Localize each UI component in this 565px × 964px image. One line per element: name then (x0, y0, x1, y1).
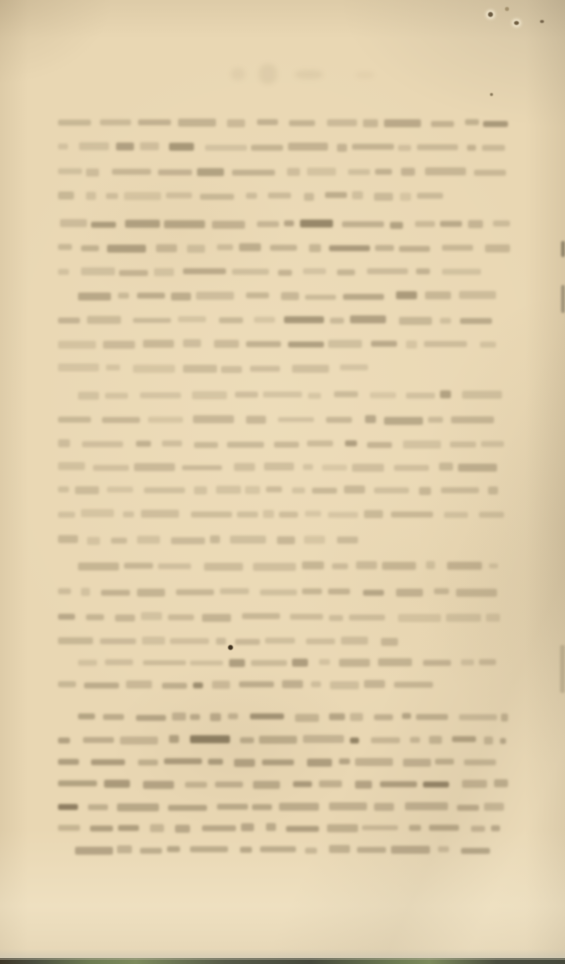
word-smudge (246, 416, 266, 424)
word-smudge (75, 846, 113, 855)
word-smudge (328, 340, 363, 348)
word-smudge (400, 193, 410, 201)
word-smudge (58, 462, 85, 470)
word-smudge (235, 639, 259, 645)
word-smudge (182, 465, 221, 470)
word-smudge (483, 121, 508, 128)
word-smudge (464, 759, 496, 766)
word-smudge (446, 614, 480, 621)
word-smudge (169, 735, 179, 743)
word-smudge (86, 614, 104, 620)
page-edge-mark (561, 241, 565, 257)
word-smudge (399, 246, 430, 252)
word-smudge (196, 292, 234, 300)
word-smudge (138, 759, 159, 765)
word-smudge (308, 393, 321, 399)
word-smudge (251, 145, 282, 151)
word-smudge (93, 465, 129, 471)
word-smudge (78, 392, 99, 400)
text-line (58, 484, 498, 496)
word-smudge (137, 293, 165, 298)
word-smudge (329, 803, 366, 810)
word-smudge (415, 221, 435, 227)
word-smudge (295, 714, 319, 721)
text-line (58, 756, 510, 768)
word-smudge (171, 537, 206, 544)
word-smudge (367, 442, 393, 448)
word-smudge (126, 681, 152, 689)
word-smudge (124, 192, 161, 199)
word-smudge (416, 714, 448, 720)
word-smudge (406, 393, 435, 399)
word-smudge (104, 780, 130, 788)
word-smudge (319, 780, 342, 787)
word-smudge (288, 143, 328, 151)
word-smudge (78, 713, 95, 720)
word-smudge (289, 120, 314, 127)
word-smudge (242, 613, 280, 619)
word-smudge (292, 659, 309, 667)
word-smudge (441, 487, 479, 494)
word-smudge (481, 441, 504, 447)
word-smudge (101, 590, 130, 596)
word-smudge (58, 168, 82, 175)
word-smudge (90, 826, 113, 832)
word-smudge (105, 660, 133, 665)
word-smudge (288, 342, 323, 348)
word-smudge (220, 588, 249, 594)
word-smudge (58, 364, 99, 372)
word-smudge (384, 417, 423, 425)
scan-bed-shadow (0, 949, 565, 958)
word-smudge (168, 615, 195, 620)
word-smudge (398, 614, 441, 622)
page-edge-mark (561, 285, 565, 313)
word-smudge (279, 512, 298, 517)
word-smudge (491, 825, 500, 831)
word-smudge (239, 681, 274, 688)
dust-speck (488, 12, 493, 17)
page-edge-mark (560, 645, 565, 693)
page-number-smudge-mark (356, 72, 374, 78)
text-line (58, 778, 508, 790)
word-smudge (253, 563, 296, 570)
word-smudge (394, 465, 429, 470)
word-smudge (119, 270, 148, 277)
word-smudge (312, 488, 338, 493)
page-number-smudge-mark (259, 64, 277, 84)
word-smudge (156, 245, 178, 253)
word-smudge (402, 713, 411, 719)
word-smudge (215, 782, 243, 787)
word-smudge (193, 416, 233, 423)
word-smudge (154, 268, 174, 277)
word-smudge (391, 511, 433, 518)
word-smudge (309, 244, 321, 251)
word-smudge (260, 846, 296, 852)
word-smudge (58, 738, 70, 744)
text-line (58, 242, 510, 254)
word-smudge (229, 659, 245, 667)
word-smudge (479, 511, 504, 518)
word-smudge (250, 713, 284, 720)
page-number-smudge-mark (295, 70, 323, 79)
word-smudge (403, 440, 441, 448)
word-smudge (307, 168, 336, 176)
word-smudge (230, 536, 267, 544)
word-smudge (118, 292, 130, 298)
word-smudge (100, 638, 136, 644)
word-smudge (86, 192, 96, 200)
word-smudge (212, 681, 230, 689)
word-smudge (374, 714, 392, 720)
word-smudge (240, 737, 254, 743)
word-smudge (352, 144, 394, 151)
word-smudge (227, 119, 245, 127)
word-smudge (164, 758, 202, 764)
word-smudge (429, 825, 459, 831)
word-smudge (257, 221, 279, 228)
word-smudge (371, 737, 400, 743)
word-smudge (401, 168, 415, 176)
word-smudge (456, 589, 497, 597)
word-smudge (330, 318, 344, 323)
word-smudge (192, 392, 227, 399)
word-smudge (417, 193, 442, 199)
word-smudge (123, 511, 134, 517)
word-smudge (194, 442, 218, 447)
word-smudge (142, 636, 166, 644)
word-smudge (100, 120, 130, 125)
word-smudge (84, 682, 119, 689)
word-smudge (484, 736, 494, 744)
word-smudge (344, 486, 365, 493)
word-smudge (58, 759, 79, 765)
word-smudge (185, 782, 208, 789)
word-smudge (484, 802, 504, 810)
word-smudge (202, 825, 236, 831)
word-smudge (480, 341, 497, 348)
word-smudge (263, 392, 302, 398)
word-smudge (107, 487, 133, 492)
word-smudge (58, 191, 74, 199)
word-smudge (362, 825, 398, 830)
word-smudge (58, 825, 80, 830)
word-smudge (342, 221, 385, 227)
text-line (58, 414, 508, 426)
word-smudge (488, 486, 498, 494)
word-smudge (88, 804, 109, 810)
word-smudge (423, 660, 451, 667)
word-smudge (284, 221, 294, 227)
word-smudge (78, 659, 97, 666)
word-smudge (440, 318, 451, 323)
word-smudge (375, 245, 394, 251)
word-smudge (500, 738, 506, 745)
word-smudge (350, 713, 364, 721)
word-smudge (450, 442, 477, 448)
word-smudge (120, 737, 158, 744)
word-smudge (425, 292, 451, 299)
word-smudge (202, 614, 231, 622)
word-smudge (467, 144, 476, 151)
word-smudge (419, 487, 431, 494)
word-smudge (365, 415, 377, 423)
word-smudge (378, 658, 412, 666)
word-smudge (81, 267, 115, 275)
word-smudge (78, 563, 119, 570)
word-smudge (451, 416, 494, 423)
word-smudge (461, 848, 490, 854)
word-smudge (187, 245, 205, 253)
word-smudge (311, 681, 321, 687)
word-smudge (58, 341, 96, 349)
word-smudge (367, 268, 409, 274)
word-smudge (442, 268, 481, 275)
word-smudge (134, 463, 176, 471)
word-smudge (268, 192, 291, 198)
scanned-page (0, 0, 565, 964)
word-smudge (253, 781, 280, 788)
word-smudge (168, 805, 207, 811)
word-smudge (143, 660, 186, 665)
word-smudge (409, 825, 421, 831)
word-smudge (58, 144, 68, 150)
word-smudge (306, 638, 335, 644)
word-smudge (489, 563, 498, 568)
word-smudge (133, 364, 174, 372)
word-smudge (245, 486, 259, 494)
word-smudge (444, 512, 468, 518)
word-smudge (431, 121, 454, 127)
dust-speck (540, 20, 544, 23)
text-line (58, 679, 438, 691)
word-smudge (150, 824, 164, 832)
word-smudge (246, 292, 268, 299)
word-smudge (216, 486, 241, 493)
word-smudge (339, 659, 370, 667)
word-smudge (329, 713, 345, 720)
word-smudge (405, 803, 448, 810)
word-smudge (264, 463, 295, 471)
scan-bed-edge (0, 958, 565, 964)
word-smudge (442, 245, 472, 250)
word-smudge (137, 588, 165, 596)
word-smudge (374, 803, 394, 811)
word-smudge (394, 682, 433, 688)
word-smudge (158, 170, 191, 176)
word-smudge (270, 245, 297, 252)
word-smudge (190, 846, 227, 853)
word-smudge (287, 168, 300, 176)
word-smudge (183, 340, 201, 347)
word-smudge (210, 535, 220, 543)
word-smudge (462, 780, 487, 787)
word-smudge (217, 803, 247, 810)
word-smudge (381, 638, 398, 647)
word-smudge (204, 563, 243, 571)
word-smudge (228, 713, 238, 720)
word-smudge (328, 588, 350, 594)
word-smudge (327, 825, 358, 832)
word-smudge (457, 805, 478, 811)
word-smudge (91, 221, 116, 228)
word-smudge (175, 825, 190, 832)
word-smudge (118, 825, 139, 830)
word-smudge (350, 737, 359, 743)
word-smudge (339, 758, 350, 765)
word-smudge (86, 169, 99, 177)
word-smudge (190, 714, 200, 721)
word-smudge (416, 269, 429, 274)
word-smudge (332, 563, 348, 570)
ink-dot (228, 645, 233, 650)
text-line (78, 389, 508, 401)
word-smudge (325, 192, 347, 198)
word-smudge (208, 759, 224, 764)
word-smudge (290, 614, 323, 620)
word-smudge (305, 848, 317, 854)
word-smudge (91, 759, 125, 766)
word-smudge (103, 341, 135, 349)
word-smudge (75, 487, 99, 494)
text-line (58, 117, 508, 129)
word-smudge (58, 588, 71, 594)
text-line (58, 362, 368, 374)
word-smudge (58, 119, 91, 125)
word-smudge (327, 119, 357, 126)
word-smudge (194, 487, 207, 494)
word-smudge (166, 193, 192, 199)
word-smudge (260, 589, 297, 595)
word-smudge (326, 417, 352, 422)
text-line (78, 290, 508, 302)
word-smudge (111, 537, 127, 544)
word-smudge (266, 823, 276, 831)
word-smudge (117, 845, 132, 853)
word-smudge (284, 316, 324, 323)
word-smudge (246, 193, 257, 199)
word-smudge (58, 637, 93, 644)
word-smudge (494, 779, 508, 787)
word-smudge (169, 143, 195, 151)
word-smudge (219, 317, 244, 323)
word-smudge (183, 364, 217, 372)
text-line (75, 844, 490, 856)
word-smudge (105, 393, 129, 399)
word-smudge (58, 681, 76, 687)
word-smudge (370, 392, 396, 399)
word-smudge (193, 682, 203, 689)
word-smudge (162, 441, 181, 447)
word-smudge (278, 270, 292, 276)
word-smudge (210, 713, 221, 721)
word-smudge (417, 144, 459, 150)
word-smudge (403, 759, 431, 766)
word-smudge (240, 847, 252, 853)
dust-speck (514, 21, 519, 25)
word-smudge (337, 143, 348, 152)
word-smudge (334, 392, 358, 397)
word-smudge (380, 781, 417, 788)
word-smudge (140, 392, 181, 398)
word-smudge (307, 759, 333, 767)
word-smudge (352, 192, 364, 199)
word-smudge (167, 846, 181, 851)
word-smudge (319, 659, 330, 666)
text-line (58, 266, 488, 278)
word-smudge (140, 848, 161, 854)
word-smudge (232, 170, 275, 175)
word-smudge (235, 392, 258, 398)
word-smudge (241, 824, 253, 832)
word-smudge (329, 245, 371, 251)
text-line (58, 508, 504, 520)
word-smudge (399, 317, 432, 325)
word-smudge (58, 416, 91, 423)
word-smudge (183, 268, 226, 275)
word-smudge (350, 315, 386, 323)
word-smudge (374, 193, 394, 202)
word-smudge (396, 291, 417, 299)
word-smudge (292, 365, 330, 372)
text-line (58, 822, 500, 834)
word-smudge (305, 511, 321, 517)
word-smudge (136, 715, 166, 722)
page-number-smudge-mark (231, 68, 245, 80)
word-smudge (286, 826, 320, 832)
word-smudge (391, 846, 431, 853)
word-smudge (293, 781, 312, 787)
word-smudge (396, 589, 423, 597)
word-smudge (459, 714, 497, 720)
word-smudge (364, 510, 383, 518)
word-smudge (205, 145, 247, 151)
word-smudge (265, 638, 295, 644)
word-smudge (170, 638, 209, 644)
text-line (78, 657, 498, 669)
text-line (58, 611, 500, 623)
word-smudge (322, 464, 347, 471)
word-smudge (390, 221, 403, 228)
word-smudge (176, 589, 213, 595)
word-smudge (58, 439, 70, 447)
word-smudge (250, 365, 280, 372)
word-smudge (212, 221, 246, 228)
word-smudge (178, 316, 206, 322)
word-smudge (304, 536, 324, 544)
text-line (58, 438, 504, 450)
word-smudge (279, 803, 319, 811)
word-smudge (58, 613, 75, 620)
word-smudge (172, 713, 186, 721)
text-line (58, 314, 506, 326)
word-smudge (340, 365, 368, 370)
word-smudge (58, 512, 75, 517)
word-smudge (125, 220, 159, 227)
word-smudge (423, 782, 449, 787)
word-smudge (102, 417, 140, 422)
word-smudge (329, 615, 343, 621)
word-smudge (58, 780, 97, 787)
word-smudge (254, 317, 276, 323)
word-smudge (410, 737, 420, 743)
word-smudge (164, 221, 205, 228)
word-smudge (81, 588, 91, 597)
word-smudge (103, 714, 124, 720)
text-line (58, 338, 510, 350)
word-smudge (345, 440, 358, 447)
